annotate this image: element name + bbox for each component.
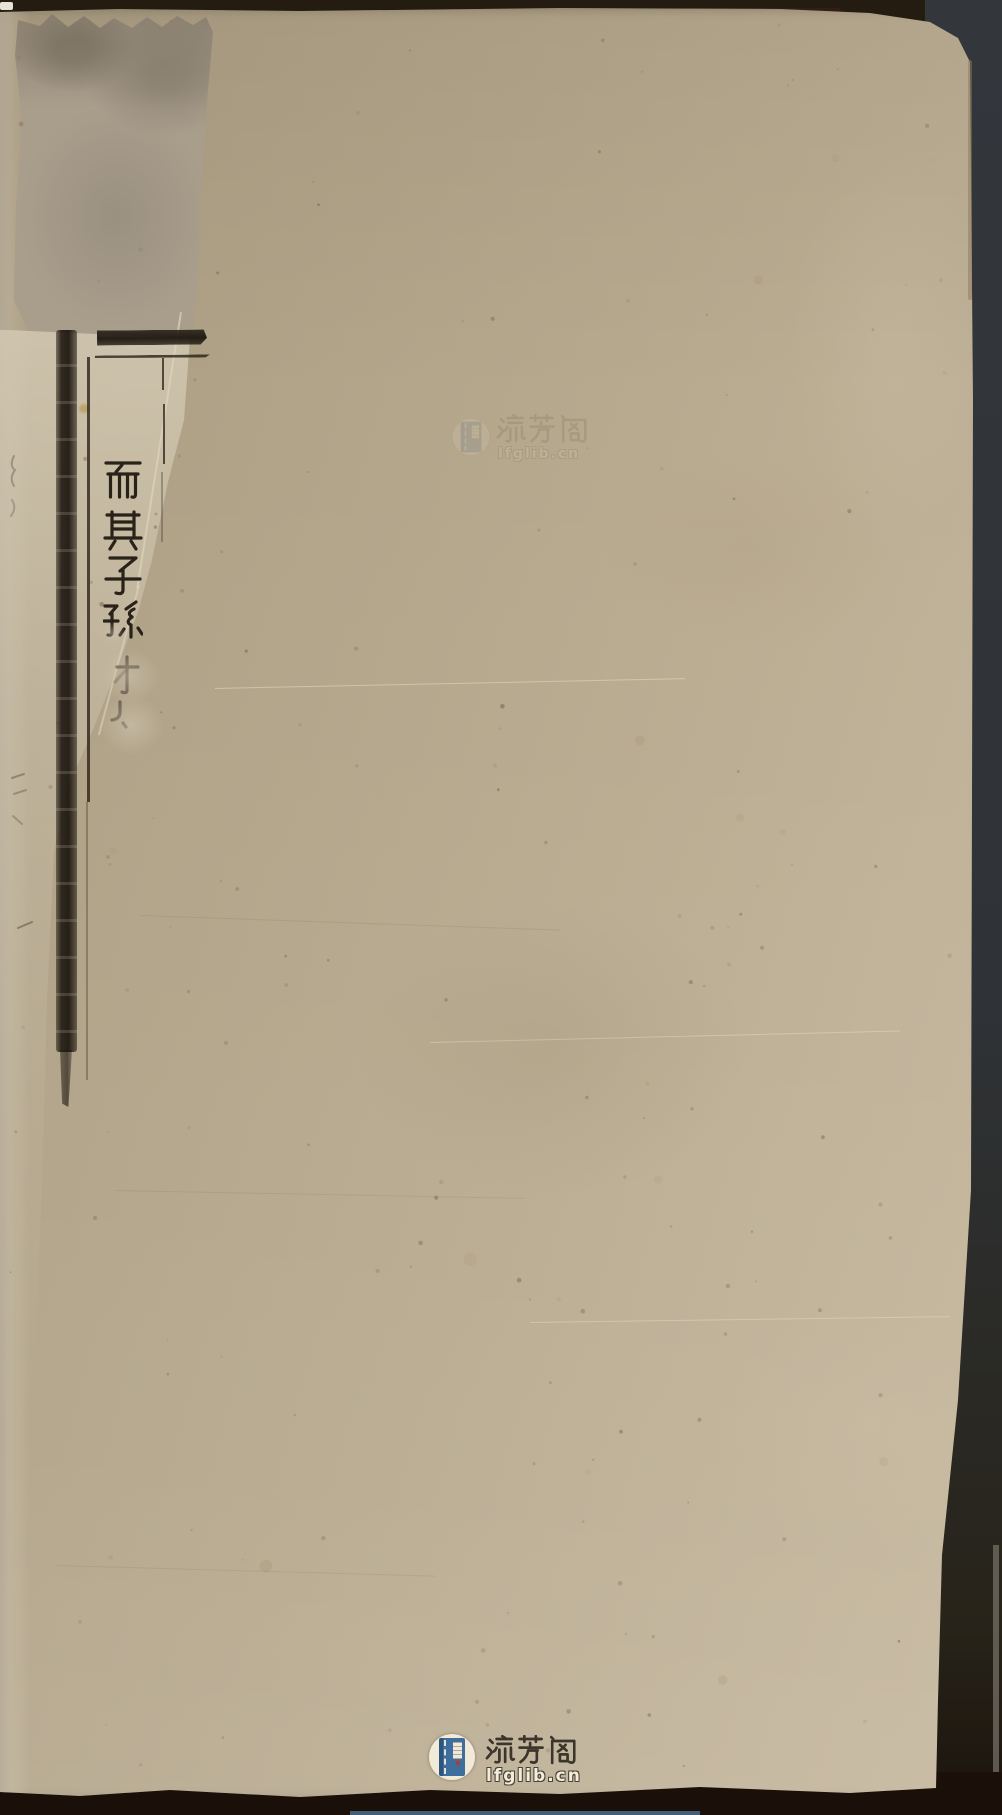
watermark-bottom: 流芳阁 <box>429 1733 649 1791</box>
book-cover <box>439 1738 465 1776</box>
chinese-book-icon <box>429 1734 475 1780</box>
page-stack-edge <box>993 1545 999 1795</box>
watermark-upper: lfglib.cn <box>448 408 628 470</box>
margin-marks <box>8 772 34 838</box>
under-page-edge-line <box>968 60 972 300</box>
printed-border-top <box>97 330 207 346</box>
printed-inner-line-left-faded <box>86 802 88 1080</box>
worn-patch <box>98 695 164 755</box>
kanji-text: 而其子孫 <box>0 0 1 1</box>
book-stitch-binding <box>444 1740 446 1774</box>
kanji-zi-glyph <box>103 554 143 596</box>
watermark-site-name-glyphs <box>496 414 592 447</box>
printed-column-divider <box>163 404 165 464</box>
scanner-edge-artifact <box>350 1811 700 1815</box>
chinese-book-icon <box>453 419 490 456</box>
scanned-book-page-photo: 而其子孫 <box>0 0 1002 1815</box>
paper-speckles <box>0 0 1002 1815</box>
book-red-seal <box>456 1761 460 1765</box>
worn-patch <box>100 622 126 644</box>
margin-scribble <box>6 452 28 540</box>
margin-dash <box>16 918 36 934</box>
book-title-label <box>453 1742 462 1759</box>
printed-column-divider <box>162 358 164 390</box>
watermark-site-url: lfglib.cn <box>498 446 580 462</box>
printed-inner-line-left <box>87 357 90 802</box>
kanji-qi-glyph <box>103 509 143 551</box>
photo-top-left-notch <box>0 2 13 10</box>
printed-border-left <box>56 330 77 1052</box>
paper-page: 而其子孫 <box>0 0 1002 1815</box>
kanji-er-glyph <box>103 457 143 499</box>
watermark-site-name: 流芳阁 <box>429 1733 430 1734</box>
watermark-site-name-glyphs <box>485 1735 581 1768</box>
watermark-site-url: lfglib.cn <box>486 1766 582 1786</box>
printed-column-divider <box>161 472 163 542</box>
